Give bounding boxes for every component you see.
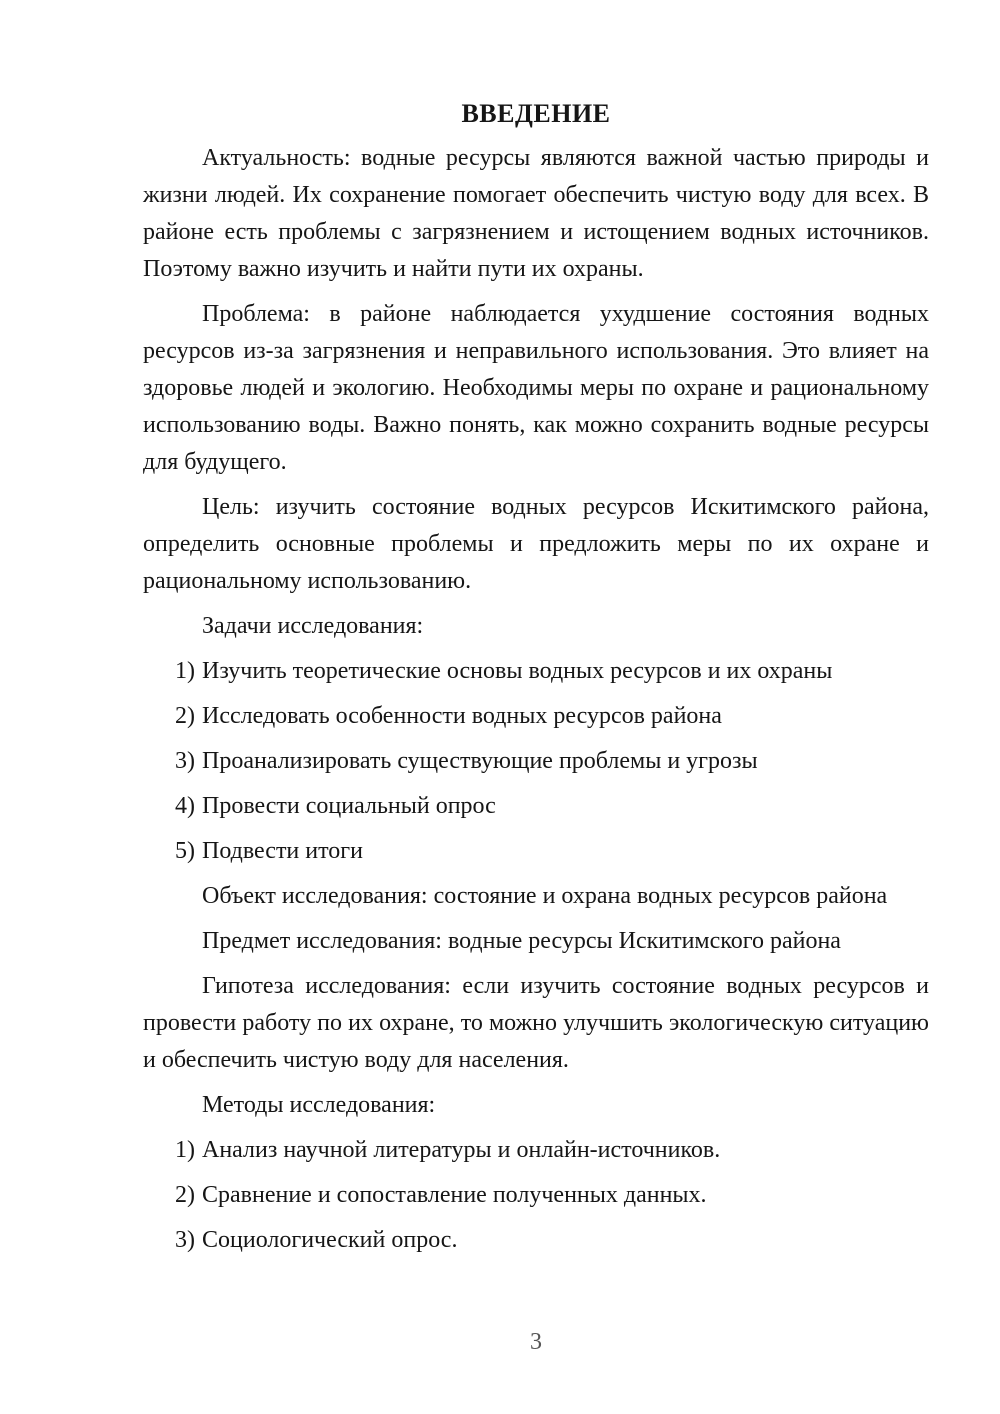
task-item-2-text: Исследовать особенности водных ресурсов …: [202, 703, 722, 729]
paragraph-relevance: Актуальность: водные ресурсы являются ва…: [143, 140, 929, 288]
method-item-3-text: Социологический опрос.: [202, 1227, 457, 1253]
method-item-2: 2)Сравнение и сопоставление полученных д…: [143, 1177, 929, 1214]
methods-list: 1)Анализ научной литературы и онлайн-ист…: [143, 1132, 929, 1259]
tasks-list: 1)Изучить теоретические основы водных ре…: [143, 653, 929, 870]
task-item-4-text: Провести социальный опрос: [202, 793, 496, 819]
task-item-2: 2)Исследовать особенности водных ресурсо…: [143, 698, 929, 735]
method-item-1: 1)Анализ научной литературы и онлайн-ист…: [143, 1132, 929, 1169]
method-item-2-text: Сравнение и сопоставление полученных дан…: [202, 1182, 707, 1208]
method-item-3-number: 3): [175, 1222, 202, 1259]
document-page: ВВЕДЕНИЕ Актуальность: водные ресурсы яв…: [0, 0, 1000, 1414]
paragraph-object: Объект исследования: состояние и охрана …: [143, 878, 929, 915]
paragraph-goal: Цель: изучить состояние водных ресурсов …: [143, 489, 929, 600]
task-item-5-text: Подвести итоги: [202, 838, 363, 864]
task-item-3-number: 3): [175, 743, 202, 780]
task-item-1: 1)Изучить теоретические основы водных ре…: [143, 653, 929, 690]
task-item-4-number: 4): [175, 788, 202, 825]
methods-heading: Методы исследования:: [143, 1087, 929, 1124]
task-item-3: 3)Проанализировать существующие проблемы…: [143, 743, 929, 780]
document-content: ВВЕДЕНИЕ Актуальность: водные ресурсы яв…: [143, 95, 929, 1267]
task-item-3-text: Проанализировать существующие проблемы и…: [202, 748, 758, 774]
task-item-1-text: Изучить теоретические основы водных ресу…: [202, 658, 832, 684]
method-item-1-number: 1): [175, 1132, 202, 1169]
page-number: 3: [530, 1329, 542, 1355]
paragraph-subject: Предмет исследования: водные ресурсы Иск…: [143, 923, 929, 960]
method-item-3: 3)Социологический опрос.: [143, 1222, 929, 1259]
task-item-5-number: 5): [175, 833, 202, 870]
task-item-5: 5)Подвести итоги: [143, 833, 929, 870]
task-item-4: 4)Провести социальный опрос: [143, 788, 929, 825]
page-title: ВВЕДЕНИЕ: [143, 95, 929, 132]
page-footer: 3: [143, 1327, 929, 1357]
paragraph-problem: Проблема: в районе наблюдается ухудшение…: [143, 296, 929, 481]
task-item-1-number: 1): [175, 653, 202, 690]
tasks-heading: Задачи исследования:: [143, 608, 929, 645]
paragraph-hypothesis: Гипотеза исследования: если изучить сост…: [143, 968, 929, 1079]
task-item-2-number: 2): [175, 698, 202, 735]
method-item-1-text: Анализ научной литературы и онлайн-источ…: [202, 1137, 720, 1163]
method-item-2-number: 2): [175, 1177, 202, 1214]
